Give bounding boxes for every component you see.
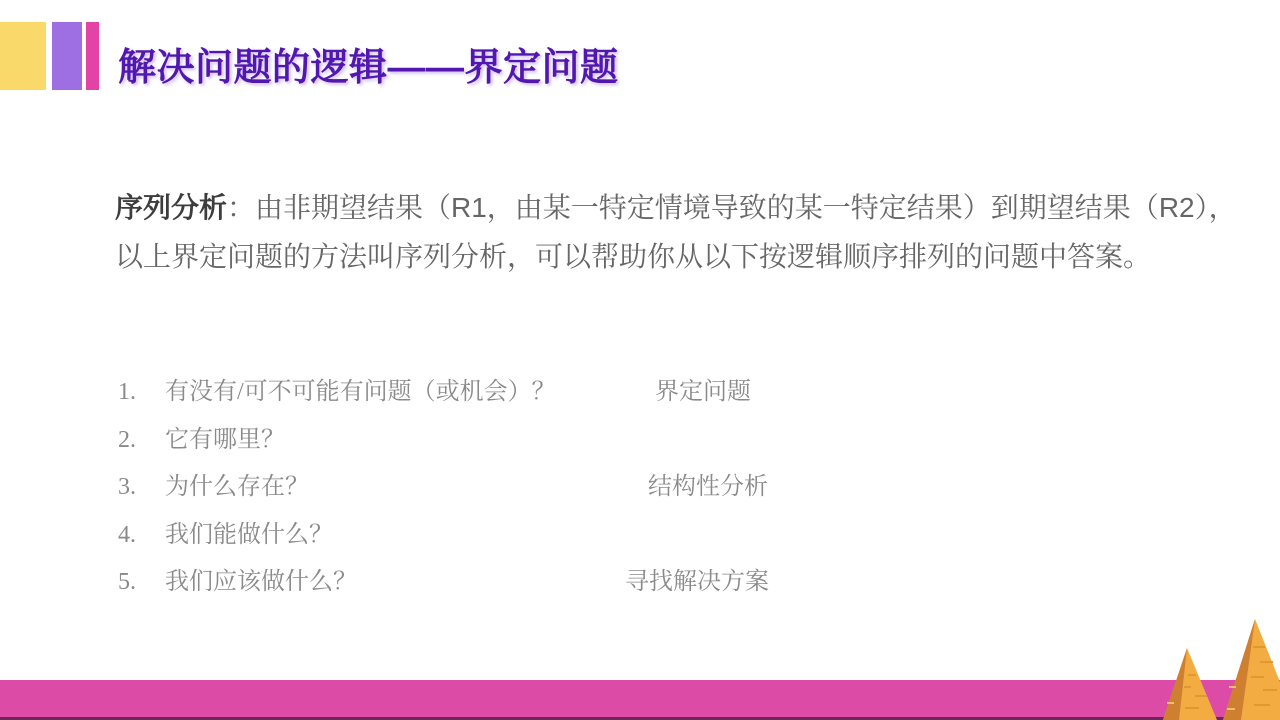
list-item-question: 我们应该做什么？ (165, 569, 357, 595)
list-item-number: 5. (118, 559, 165, 607)
body-line-1: 序列分析：由非期望结果（R1，由某一特定情境导致的某一特定结果）到期望结果（R2… (115, 183, 1205, 232)
list-item: 1.有没有/可不可能有问题（或机会）？ 界定问题 (118, 369, 1168, 417)
footer-bar (0, 680, 1280, 720)
list-item: 4.我们能做什么？ (118, 512, 1168, 560)
list-item-number: 2. (118, 417, 165, 465)
list-item-number: 1. (118, 369, 165, 417)
list-item: 5.我们应该做什么？ 寻找解决方案 (118, 559, 1168, 607)
list-item-annotation: 结构性分析 (648, 464, 768, 512)
body-paragraph: 序列分析：由非期望结果（R1，由某一特定情境导致的某一特定结果）到期望结果（R2… (115, 183, 1205, 281)
list-item-question: 有没有/可不可能有问题（或机会）？ (165, 379, 556, 405)
body-line-1-text: ：由非期望结果（R1，由某一特定情境导致的某一特定结果）到期望结果（R2）， (227, 192, 1237, 223)
list-item: 3.为什么存在？ 结构性分析 (118, 464, 1168, 512)
list-item-question: 它有哪里？ (165, 427, 285, 453)
list-item-annotation: 寻找解决方案 (625, 559, 769, 607)
body-line-2: 以上界定问题的方法叫序列分析，可以帮助你从以下按逻辑顺序排列的问题中答案。 (115, 232, 1205, 281)
presentation-slide: 解决问题的逻辑——界定问题 序列分析：由非期望结果（R1，由某一特定情境导致的某… (0, 0, 1280, 720)
list-item-number: 3. (118, 464, 165, 512)
accent-bar-purple (52, 22, 82, 90)
slide-title: 解决问题的逻辑——界定问题 (118, 36, 619, 91)
body-lead-term: 序列分析 (115, 192, 227, 223)
accent-bar-yellow (0, 22, 46, 90)
list-item: 2.它有哪里？ (118, 417, 1168, 465)
list-item-question: 我们能做什么？ (165, 522, 333, 548)
list-item-question: 为什么存在？ (165, 474, 309, 500)
question-list: 1.有没有/可不可能有问题（或机会）？ 界定问题 2.它有哪里？ 3.为什么存在… (118, 369, 1168, 607)
accent-bar-pink (86, 22, 99, 90)
list-item-annotation: 界定问题 (655, 369, 751, 417)
pyramids-icon (1155, 617, 1280, 720)
list-item-number: 4. (118, 512, 165, 560)
